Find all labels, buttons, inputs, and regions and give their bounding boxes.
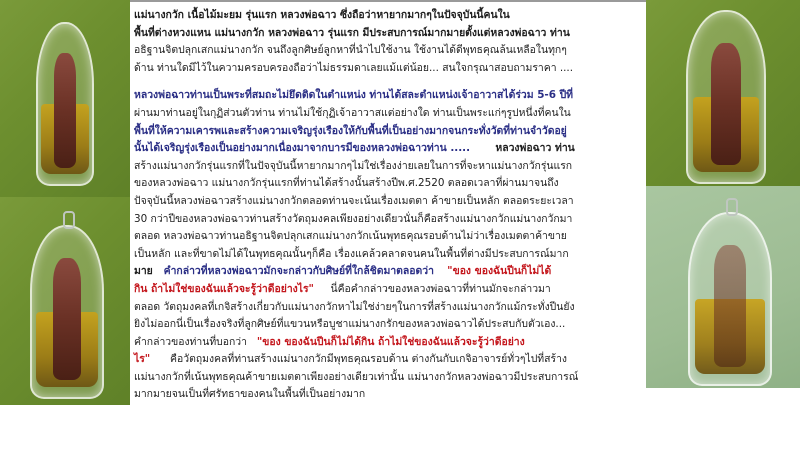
para2-end: นั้นได้เจริญรุ่งเรืองเป็นอย่างมากเนื่องม… <box>134 142 470 154</box>
amulet-icon <box>686 10 766 184</box>
quote2-lead: คำกล่าวของท่านที่บอกว่า <box>134 336 257 348</box>
para3-start: หลวงพ่อฉาว ท่าน <box>470 142 575 154</box>
hook-icon <box>726 198 738 216</box>
para1-line: อธิฐานจิตปลุกเสกแม่นางกวัก จนถึงลูกศิษย์… <box>134 42 644 60</box>
amulet-photo-left-top <box>0 0 130 197</box>
quote2-after: คือวัตถุมงคลที่ท่านสร้างแม่นางกวักมีพุทธ… <box>150 353 567 365</box>
para2-line: ผ่านมาท่านอยู่ในกุฏิส่วนตัวท่าน ท่านไม่ใ… <box>134 105 644 123</box>
quote1-intro: คำกล่าวที่หลวงพ่อฉาวมักจะกล่าวกับศิษย์ที… <box>164 265 434 277</box>
para1-line: ด้าน ท่านใดมีไว้ในความครอบครองถือว่าไม่ธ… <box>134 60 644 78</box>
quote1-text-cont: กิน ถ้าไม่ใช่ของฉันแล้วจะรู้ว่าดีอย่างไร… <box>134 283 314 295</box>
para3-line: เป็นหลัก และที่ขาดไม่ได้ในพุทธคุณนั้นๆก็… <box>134 246 644 264</box>
amulet-icon <box>688 212 772 386</box>
quote1-line: มาย คำกล่าวที่หลวงพ่อฉาวมักจะกล่าวกับศิษ… <box>134 263 644 281</box>
amulet-photo-right-top <box>646 0 800 186</box>
amulet-icon <box>36 22 94 186</box>
para3-line: 30 กว่าปีของหลวงพ่อฉาวท่านสร้างวัตถุมงคล… <box>134 211 644 229</box>
quote1-line-2: กิน ถ้าไม่ใช่ของฉันแล้วจะรู้ว่าดีอย่างไร… <box>134 281 644 299</box>
quote2-line: คำกล่าวของท่านที่บอกว่า "ของ ของฉันปีนก็… <box>134 334 644 352</box>
para3-line: ตลอด หลวงพ่อฉาวท่านอธิฐานจิตปลุกเสกแม่นา… <box>134 228 644 246</box>
quote1-text: "ของ ของฉันปีนก็ไม่ได้ <box>447 265 551 277</box>
figurine <box>54 53 76 168</box>
figurine <box>714 245 746 367</box>
amulet-photo-right-bottom <box>646 186 800 388</box>
para2-line: หลวงพ่อฉาวท่านเป็นพระที่สมถะไม่ยึดติดในต… <box>134 87 644 105</box>
quote2-text: "ของ ของฉันปีนก็ไม่ได้กิน ถ้าไม่ใช่ของฉั… <box>257 336 525 348</box>
quote2-text-cont: ไร" <box>134 353 150 365</box>
para4-line: ตลอด วัตถุมงคลที่เกจิสร้างเกี่ยวกับแม่นา… <box>134 299 644 317</box>
para1-line: แม่นางกวัก เนื้อไม้มะยม รุ่นแรก หลวงพ่อฉ… <box>134 7 644 25</box>
para5-line: แม่นางกวักที่เน้นพุทธคุณค้าขายเมตตาเพียง… <box>134 369 644 387</box>
amulet-icon <box>30 225 104 399</box>
article-body: แม่นางกวัก เนื้อไม้มะยม รุ่นแรก หลวงพ่อฉ… <box>134 7 644 404</box>
quote1-lead: มาย <box>134 265 164 277</box>
top-border <box>128 0 646 2</box>
amulet-photo-left-bottom <box>0 197 130 405</box>
para5-line: มากมายจนเป็นที่ศรัทธาของคนในพื้นที่เป็นอ… <box>134 386 644 404</box>
figurine <box>53 258 81 380</box>
quote1-after: นี่คือคำกล่าวของหลวงพ่อฉาวที่ท่านมักจะกล… <box>314 283 551 295</box>
para2-line-mixed: นั้นได้เจริญรุ่งเรืองเป็นอย่างมากเนื่องม… <box>134 140 644 158</box>
hook-icon <box>63 211 75 229</box>
figurine <box>711 43 741 165</box>
para4-line: ยิงไม่ออกนี่เป็นเรื่องจริงที่ลูกศิษย์ที่… <box>134 316 644 334</box>
para2-line: พื้นที่ให้ความเคารพและสร้างความเจริญรุ่ง… <box>134 123 644 141</box>
para3-line: ปัจจุบันนี้หลวงพ่อฉาวสร้างแม่นางกวักตลอด… <box>134 193 644 211</box>
para3-line: สร้างแม่นางกวักรุ่นแรกที่ในปัจจุบันนี้หา… <box>134 158 644 176</box>
quote2-line-2: ไร" คือวัตถุมงคลที่ท่านสร้างแม่นางกวักมี… <box>134 351 644 369</box>
para3-line: ของหลวงพ่อฉาว แม่นางกวักรุ่นแรกที่ท่านได… <box>134 175 644 193</box>
para1-line: พื้นที่ต่างหวงแหน แม่นางกวัก หลวงพ่อฉาว … <box>134 25 644 43</box>
